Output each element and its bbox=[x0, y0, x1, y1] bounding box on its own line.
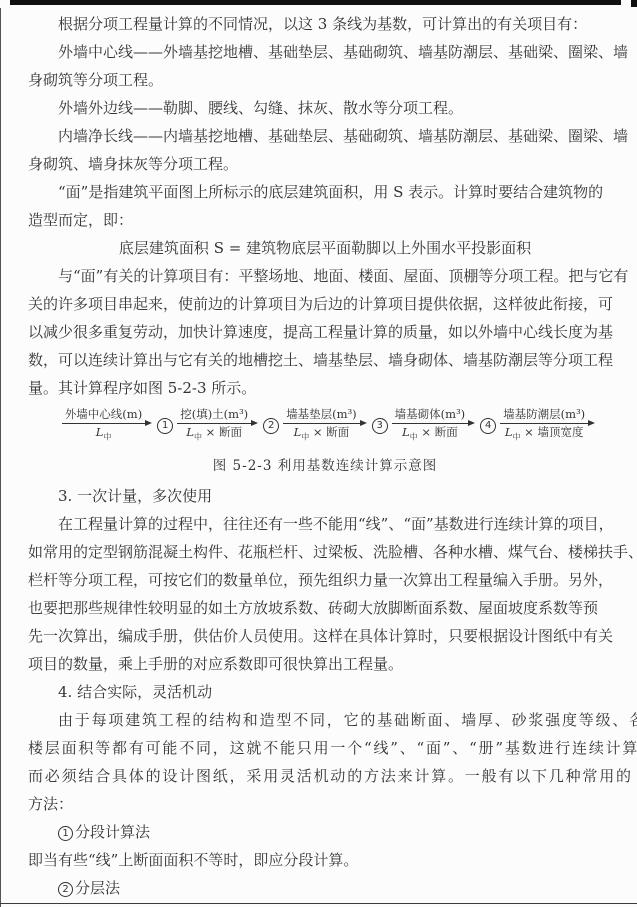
fraction: 外墙中心线(m) L中 bbox=[61, 408, 146, 443]
circled-number-icon: 1 bbox=[157, 418, 173, 434]
circled-number-icon: 3 bbox=[372, 418, 388, 434]
scan-artifact-top-corner bbox=[631, 0, 637, 7]
figure-caption: 图 5-2-3 利用基数连续计算示意图 bbox=[28, 452, 622, 480]
fraction-denominator: L中 × 断面 bbox=[399, 425, 461, 443]
fraction-denominator: L中 × 断面 bbox=[291, 425, 353, 443]
text-line: 外墙外边线——勒脚、腰线、勾缝、抹灰、散水等分项工程。 bbox=[28, 94, 622, 122]
text-line: 栏杆等分项工程，可按它们的数量单位，预先组织力量一次算出工程量编入手册。另外， bbox=[28, 566, 622, 594]
text-line: 身砌筑等分项工程。 bbox=[28, 66, 622, 94]
fraction: 墙基垫层(m³) L中 × 断面 bbox=[282, 408, 361, 443]
flow-arrow-icon bbox=[392, 423, 469, 424]
fraction-denominator: L中 bbox=[93, 425, 115, 443]
fraction: 墙基防潮层(m³) L中 × 墙顶宽度 bbox=[499, 408, 589, 443]
subscript: 中 bbox=[194, 432, 202, 441]
flow-arrow-icon bbox=[62, 423, 145, 424]
figure-flow-diagram: 外墙中心线(m) L中 1 挖(填)土(m³) L中 × 断面 2 bbox=[28, 408, 622, 443]
fraction-numerator: 外墙中心线(m) bbox=[62, 408, 145, 422]
text-line: 先一次算出，编成手册，供估价人员使用。这样在具体计算时，只要根据设计图纸中有关 bbox=[28, 622, 622, 650]
fraction-numerator: 墙基垫层(m³) bbox=[283, 408, 360, 422]
text-line: 而必须结合具体的设计图纸，采用灵活机动的方法来计算。一般有以下几种常用的 bbox=[28, 762, 622, 790]
flow-arrow-icon bbox=[500, 423, 588, 424]
circled-number-icon: 2 bbox=[263, 418, 279, 434]
circled-number-icon: 2 bbox=[58, 882, 73, 897]
fraction: 挖(填)土(m³) L中 × 断面 bbox=[176, 408, 252, 443]
text-line: 外墙中心线——外墙基挖地槽、基础垫层、基础砌筑、墙基防潮层、基础梁、圈梁、墙 bbox=[28, 38, 622, 66]
text-line: 由于每项建筑工程的结构和造型不同，它的基础断面、墙厚、砂浆强度等级、各 bbox=[28, 706, 622, 734]
text-line: 身砌筑、墙身抹灰等分项工程。 bbox=[28, 150, 622, 178]
denominator-rest: × 墙顶宽度 bbox=[521, 425, 584, 439]
subscript: 中 bbox=[103, 432, 111, 441]
fraction-numerator: 挖(填)土(m³) bbox=[177, 408, 251, 422]
scan-artifact-left-edge bbox=[0, 8, 1, 907]
text-line: 数，可以连续计算出与它有关的地槽挖土、墙基垫层、墙身砌体、墙基防潮层等分项工程 bbox=[28, 346, 622, 374]
list-item-1: 1分段计算法 bbox=[28, 818, 622, 846]
formula-line: 底层建筑面积 S = 建筑物底层平面勒脚以上外围水平投影面积 bbox=[28, 234, 622, 262]
text-line: 也要把那些规律性较明显的如土方放坡系数、砖砌大放脚断面系数、屋面坡度系数等预 bbox=[28, 594, 622, 622]
text-line: 与“面”有关的计算项目有：平整场地、地面、楼面、屋面、顶棚等分项工程。把与它有 bbox=[28, 262, 622, 290]
text-line: 楼层面积等都有可能不同，这就不能只用一个“线”、“面”、“册”基数进行连续计算， bbox=[28, 734, 622, 762]
text-line: 内墙净长线——内墙基挖地槽、基础垫层、基础砌筑、墙基防潮层、基础梁、圈梁、墙 bbox=[28, 122, 622, 150]
fraction-numerator: 墙基防潮层(m³) bbox=[500, 408, 588, 422]
fraction-denominator: L中 × 墙顶宽度 bbox=[502, 425, 587, 443]
text-line: 关的许多项目串起来，使前边的计算项目为后边的计算项目提供依据，这样彼此衔接，可 bbox=[28, 290, 622, 318]
text-line: 方法： bbox=[28, 790, 622, 818]
text-line: 在工程量计算的过程中，往往还有一些不能用“线”、“面”基数进行连续计算的项目， bbox=[28, 510, 622, 538]
flow-arrow-icon bbox=[177, 423, 251, 424]
text-line: 根据分项工程量计算的不同情况，以这 3 条线为基数，可计算出的有关项目有： bbox=[28, 10, 622, 38]
fraction-denominator: L中 × 断面 bbox=[183, 425, 245, 443]
fraction-numerator: 墙基砌体(m³) bbox=[392, 408, 469, 422]
denominator-rest: × 断面 bbox=[202, 425, 242, 439]
text-line: 量。其计算程序如图 5-2-3 所示。 bbox=[28, 374, 622, 402]
figure-step-1: 外墙中心线(m) L中 1 bbox=[61, 408, 176, 443]
text-line: 项目的数量，乘上手册的对应系数即可很快算出工程量。 bbox=[28, 650, 622, 678]
section-heading-4: 4. 结合实际，灵活机动 bbox=[28, 678, 622, 706]
list-item-label: 分层法 bbox=[75, 879, 120, 897]
flow-arrow-icon bbox=[283, 423, 360, 424]
text-line: 即当有些“线”上断面面积不等时，即应分段计算。 bbox=[28, 846, 622, 874]
figure-step-3: 墙基垫层(m³) L中 × 断面 3 bbox=[282, 408, 391, 443]
figure-step-5: 墙基防潮层(m³) L中 × 墙顶宽度 bbox=[499, 408, 589, 443]
denominator-rest: × 断面 bbox=[418, 425, 458, 439]
document-page: 根据分项工程量计算的不同情况，以这 3 条线为基数，可计算出的有关项目有： 外墙… bbox=[0, 0, 637, 907]
page-bottom-rule bbox=[0, 903, 637, 904]
list-item-2: 2分层法 bbox=[28, 874, 622, 902]
variable-L: L bbox=[186, 425, 194, 439]
text-line: 以减少很多重复劳动，加快计算速度，提高工程量计算的质量，如以外墙中心线长度为基 bbox=[28, 318, 622, 346]
text-line: 造型而定，即： bbox=[28, 206, 622, 234]
circled-number-icon: 1 bbox=[58, 826, 73, 841]
section-heading-3: 3. 一次计量，多次使用 bbox=[28, 482, 622, 510]
figure-5-2-3: 外墙中心线(m) L中 1 挖(填)土(m³) L中 × 断面 2 bbox=[28, 408, 622, 480]
scan-artifact-top-bar bbox=[10, 0, 621, 5]
subscript: 中 bbox=[410, 432, 418, 441]
figure-step-4: 墙基砌体(m³) L中 × 断面 4 bbox=[391, 408, 500, 443]
variable-L: L bbox=[402, 425, 410, 439]
subscript: 中 bbox=[513, 432, 521, 441]
text-line: 如常用的定型钢筋混凝土构件、花瓶栏杆、过梁板、洗脸槽、各种水槽、煤气台、楼梯扶手… bbox=[28, 538, 622, 566]
page-content: 根据分项工程量计算的不同情况，以这 3 条线为基数，可计算出的有关项目有： 外墙… bbox=[28, 10, 622, 902]
list-item-label: 分段计算法 bbox=[75, 823, 150, 841]
figure-step-2: 挖(填)土(m³) L中 × 断面 2 bbox=[176, 408, 282, 443]
variable-L: L bbox=[505, 425, 513, 439]
text-line: “面”是指建筑平面图上所标示的底层建筑面积，用 S 表示。计算时要结合建筑物的 bbox=[28, 178, 622, 206]
circled-number-icon: 4 bbox=[480, 418, 496, 434]
fraction: 墙基砌体(m³) L中 × 断面 bbox=[391, 408, 470, 443]
denominator-rest: × 断面 bbox=[309, 425, 349, 439]
